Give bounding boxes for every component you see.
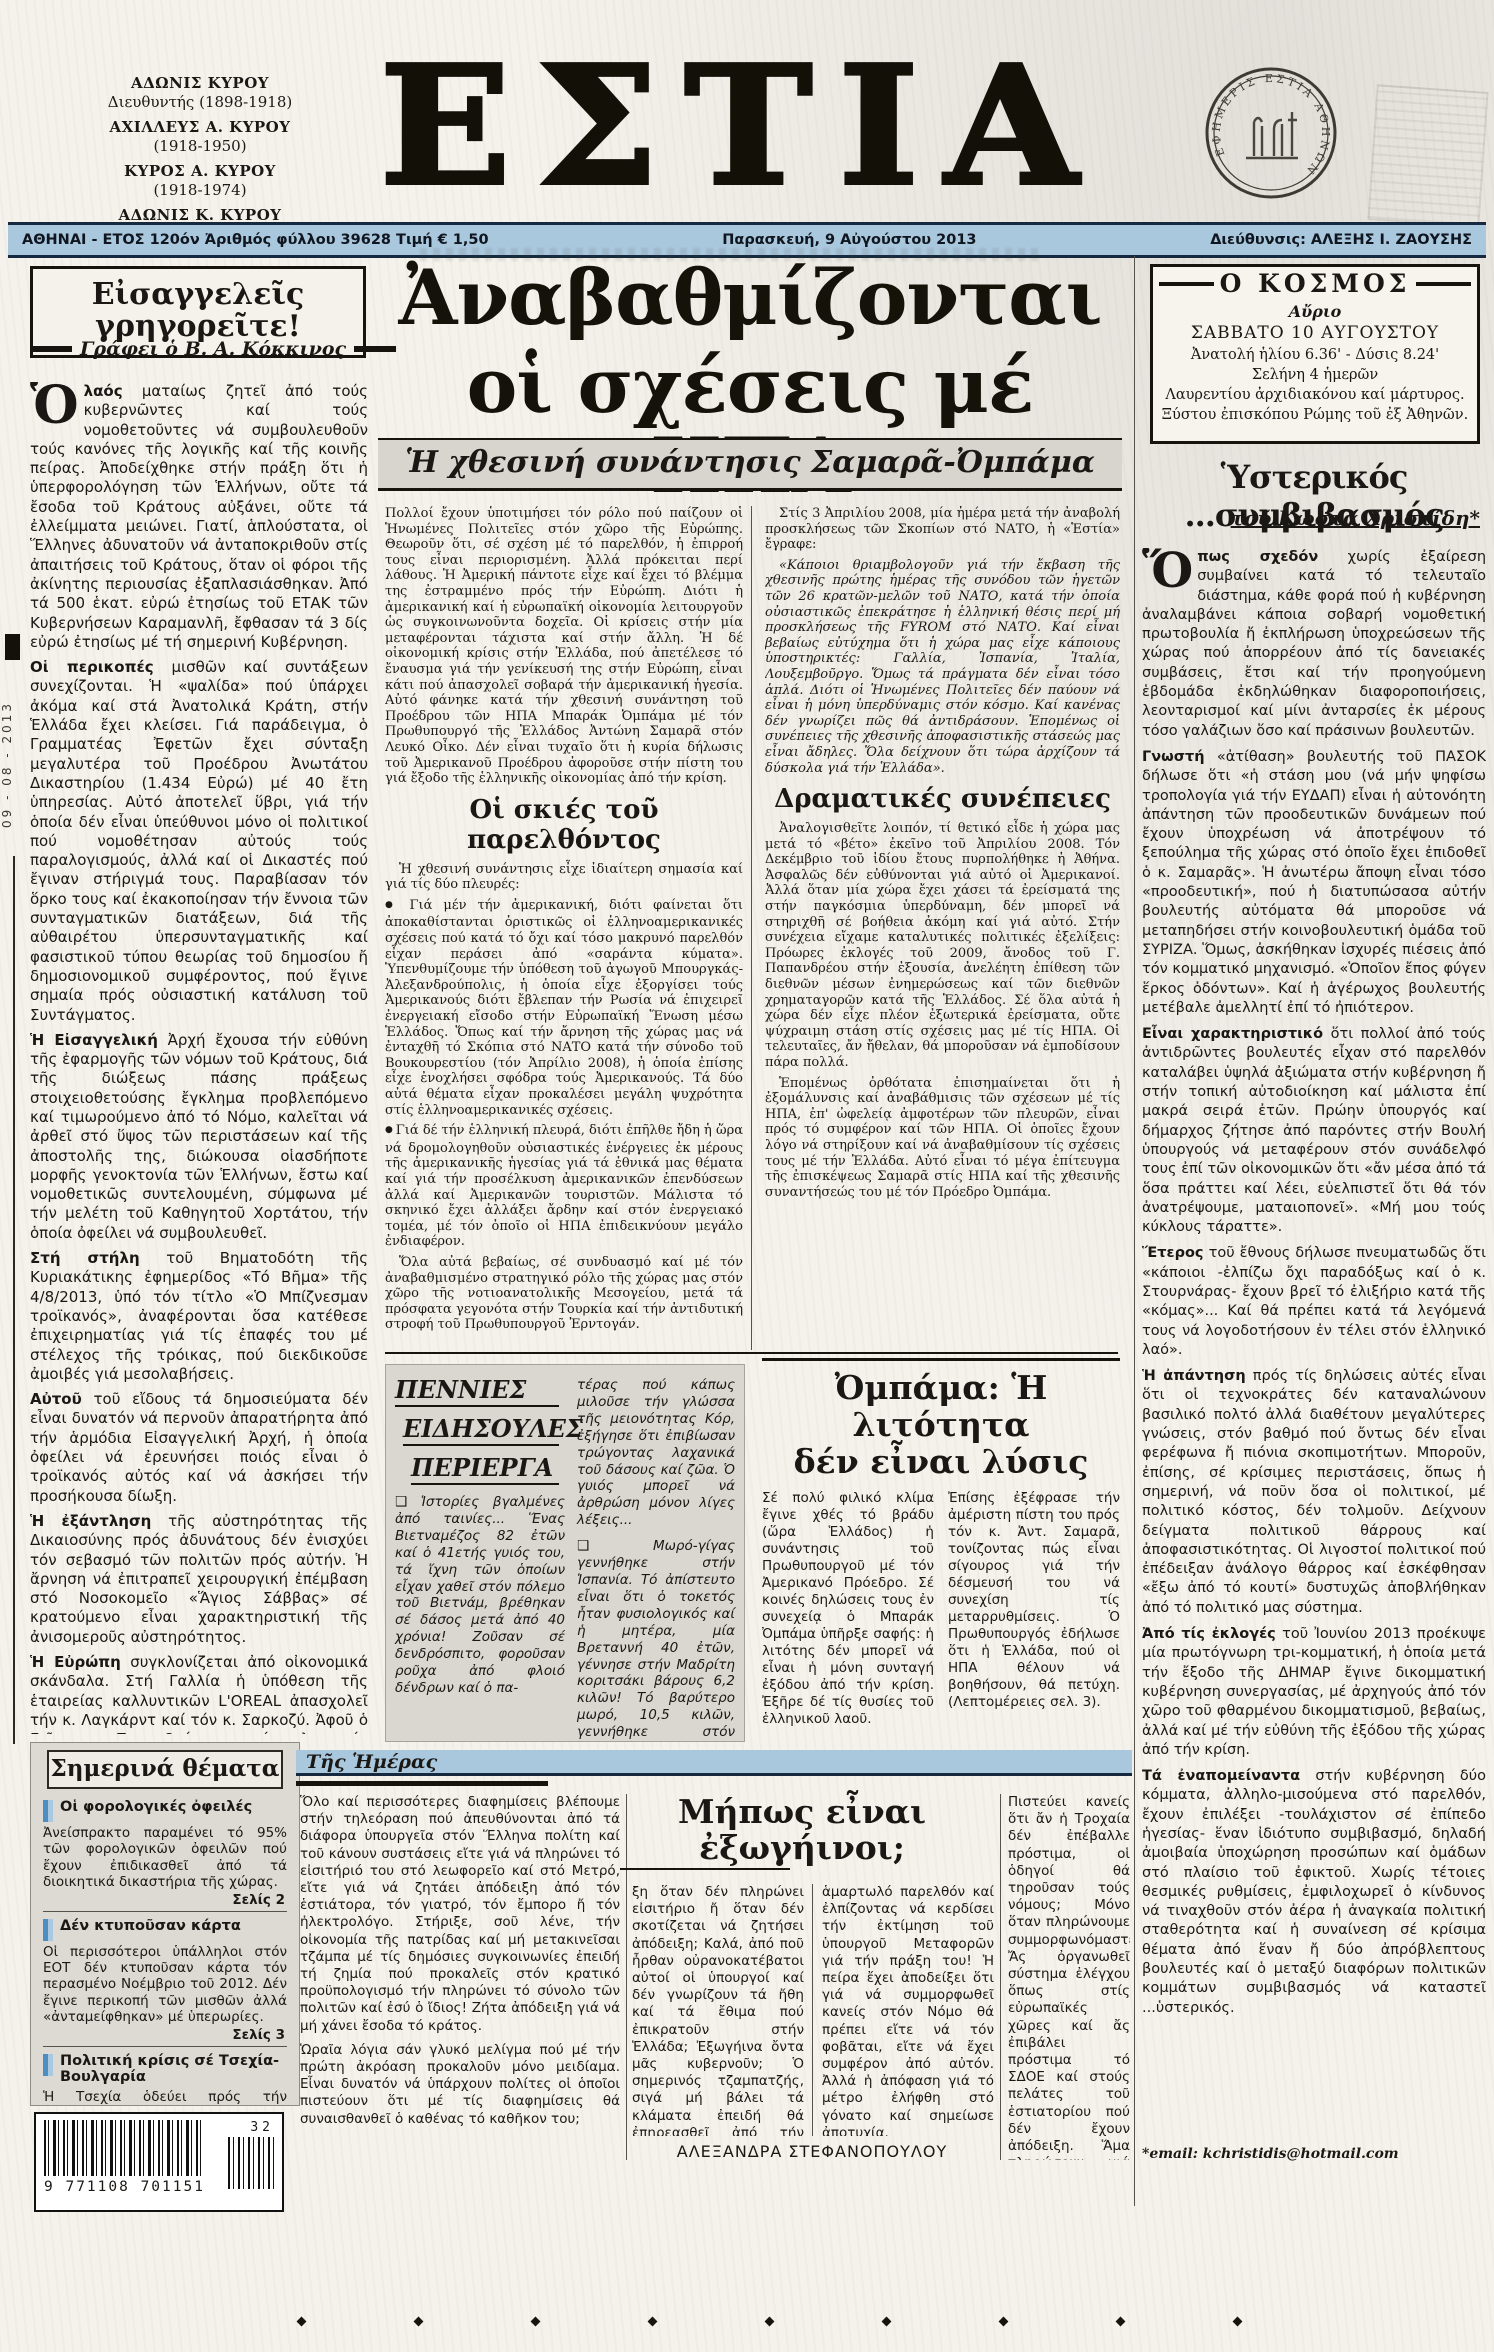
obama-col2: Ἐπίσης ἐξέφρασε τήν ἀμέριστη πίστη του π…: [948, 1490, 1120, 1742]
topic-bullet-icon: [43, 1800, 53, 1822]
footer-mark: [1233, 2317, 1243, 2327]
estia-logo: ΕΣΤΙΑ: [352, 44, 1132, 213]
section-head: Δραματικές συνέπειες: [765, 784, 1120, 814]
oped-email-link[interactable]: *email: kchristidis@hotmail.com: [1142, 2146, 1486, 2162]
today-topics-title: Σημερινά θέματα: [47, 1750, 283, 1789]
topic-page-ref: Σελίς 3: [43, 2026, 287, 2047]
svg-text:ΕΦΗΜΕΡΙΣ ΕΣΤΙΑ ΑΘΗΝΩΝ: ΕΦΗΜΕΡΙΣ ΕΣΤΙΑ ΑΘΗΝΩΝ: [1210, 72, 1332, 179]
kosmos-saints: Λαυρεντίου ἀρχιδιακόνου καί μάρτυρος.: [1153, 385, 1477, 405]
column-rule: [1000, 1794, 1001, 2160]
topic-bullet-icon: [43, 2054, 53, 2076]
topic-bullet-icon: [43, 1919, 53, 1941]
imeras-signature: ΑΛΕΞΑΝΔΡΑ ΣΤΕΦΑΝΟΠΟΥΛΟΥ: [632, 2142, 992, 2161]
imeras-col2: ξη ὅταν δέν πληρώνει εἰσιτήριο ἤ ὅταν δέ…: [632, 1884, 804, 2136]
imeras-col3: ἁμαρτωλό παρελθόν καί ἐλπίζοντας νά κερδ…: [822, 1884, 994, 2136]
footer-mark: [882, 2317, 892, 2327]
imeras-headline: Μήπως εἶναι ἐξωγήινοι;: [606, 1794, 998, 1866]
byline-rule-left: [30, 346, 72, 352]
obama-headline: Ὀμπάμα: Ἡ λιτότητα δέν εἶναι λύσις: [762, 1369, 1120, 1480]
section-head: Οἱ σκιές τοῦ παρελθόντος: [385, 795, 743, 855]
barcode-addon-digits: 32: [250, 2120, 274, 2135]
kosmos-box: Ο ΚΟΣΜΟΣ Αὔριο ΣΑΒΒΑΤΟ 10 ΑΥΓΟΥΣΤΟΥ Ἀνατ…: [1150, 264, 1480, 444]
footer-mark: [297, 2317, 307, 2327]
main-subhead: Ἡ χθεσινή συνάντησις Σαμαρᾶ-Ὀμπάμα: [378, 438, 1122, 491]
topic-item: Οἱ φορολογικές ὀφειλές Ἀνείσπρακτο παραμ…: [37, 1797, 293, 1916]
dropcap: Ὅ: [1142, 548, 1197, 592]
pennies-title-1: ΠΕΝΝΙΕΣ: [395, 1377, 559, 1407]
topic-item: Πολιτική κρίσις σέ Τσεχία-Βουλγαρία Ἡ Τσ…: [37, 2051, 293, 2106]
footer-mark: [765, 2317, 775, 2327]
column-rule: [1134, 256, 1135, 2206]
column-rule: [812, 1884, 813, 2136]
postal-stamp-ghost: [1367, 84, 1488, 227]
masthead-directors: ΑΔΩΝΙΣ ΚΥΡΟΥ Διευθυντής (1898-1918) ΑΧΙΛ…: [58, 68, 342, 244]
pennies-title-3: ΠΕΡΙΕΡΓΑ: [411, 1455, 559, 1485]
main-article-col2: Στίς 3 Ἀπριλίου 2008, μία ἡμέρα μετά τήν…: [765, 506, 1120, 1350]
estia-seal-icon: ΕΦΗΜΕΡΙΣ ΕΣΤΙΑ ΑΘΗΝΩΝ: [1202, 64, 1340, 202]
newspaper-front-page: 09 - 08 - 2013 ΑΔΩΝΙΣ ΚΥΡΟΥ Διευθυντής (…: [0, 0, 1494, 2352]
imeras-underbar: [296, 1781, 548, 1786]
kosmos-title: Ο ΚΟΣΜΟΣ: [1159, 269, 1471, 298]
barcode-addon-stripes: [228, 2137, 274, 2189]
barcode-digits: 9 771108 701151: [44, 2176, 202, 2195]
main-headline-line1: Ἀναβαθμίζονται: [378, 258, 1122, 338]
kosmos-sun: Ἀνατολή ἡλίου 6.36' - Δύσις 8.24': [1153, 345, 1477, 365]
topic-page-ref: Σελίς 2: [43, 1891, 287, 1912]
main-article-col1: Πολλοί ἔχουν ὑποτιμήσει τόν ρόλο πού παί…: [385, 506, 743, 1350]
dateline-issue: ΑΘΗΝΑΙ - ΕΤΟΣ 120όν Ἀριθμός φύλλου 39628…: [8, 232, 503, 248]
margin-vertical-date: 09 - 08 - 2013: [0, 698, 26, 828]
imeras-col4: Πιστεύει κανείς ὅτι ἄν ἡ Τροχαία δέν ἐπέ…: [1008, 1794, 1130, 2160]
issue-barcode: 9 771108 701151 32: [34, 2112, 284, 2212]
dropcap: Ὁ: [30, 382, 84, 428]
obama-col1: Σέ πολύ φιλικό κλίμα ἔγινε χθές τό βράδυ…: [762, 1490, 934, 1742]
horizontal-rule: [385, 1352, 1118, 1354]
kosmos-moon: Σελήνη 4 ἡμερῶν: [1153, 365, 1477, 385]
footer-mark: [648, 2317, 658, 2327]
barcode-stripes: [44, 2120, 202, 2176]
imeras-band: Τῆς Ἡμέρας: [296, 1750, 1132, 1776]
footer-mark: [414, 2317, 424, 2327]
footer-mark: [1116, 2317, 1126, 2327]
oped-body: Ὅπως σχεδόν χωρίς ἐξαίρεση συμβαίνει κατ…: [1142, 548, 1486, 2136]
margin-mark: [5, 634, 20, 660]
margin-scan-line: [13, 856, 15, 1744]
footer-mark: [999, 2317, 1009, 2327]
imeras-col1: Ὅλο καί περισσότερες διαφημίσεις βλέπουμ…: [300, 1794, 620, 2160]
kosmos-saints: Ξύστου ἐπισκόπου Ρώμης τοῦ ἐξ Ἀθηνῶν.: [1153, 405, 1477, 425]
left-column-body: Ὁλαός ματαίως ζητεῖ ἀπό τούς κυβερνῶντες…: [30, 382, 368, 1734]
footer-mark: [531, 2317, 541, 2327]
headline-rule: [620, 1868, 790, 1870]
kosmos-tomorrow: Αὔριο: [1153, 302, 1477, 322]
dateline-director: Διεύθυνσις: ΑΛΕΞΗΣ Ι. ΖΑΟΥΣΗΣ: [1196, 232, 1486, 248]
obama-article: Ὀμπάμα: Ἡ λιτότητα δέν εἶναι λύσις Σέ πο…: [762, 1358, 1120, 1742]
oped-byline: τοῦ Κώστα Χριστίδη*: [1140, 506, 1480, 530]
pennies-title-2: ΕΙΔΗΣΟΥΛΕΣ: [403, 1416, 559, 1446]
dateline-date: Παρασκευή, 9 Αὐγούστου 2013: [708, 232, 990, 248]
column-rule: [751, 506, 752, 1350]
left-column-byline: Γράφει ὁ Β. Α. Κόκκινος: [30, 338, 362, 360]
pennies-box: ΠΕΝΝΙΕΣ ΕΙΔΗΣΟΥΛΕΣ ΠΕΡΙΕΡΓΑ Ἱστορίες βγα…: [385, 1364, 745, 1742]
thick-rule: [762, 1358, 1120, 1361]
topic-item: Δέν κτυποῦσαν κάρτα Οἱ περισσότεροι ὑπάλ…: [37, 1916, 293, 2051]
kosmos-day: ΣΑΒΒΑΤΟ 10 ΑΥΓΟΥΣΤΟΥ: [1153, 322, 1477, 345]
today-topics-box: Σημερινά θέματα Οἱ φορολογικές ὀφειλές Ἀ…: [30, 1742, 300, 2106]
